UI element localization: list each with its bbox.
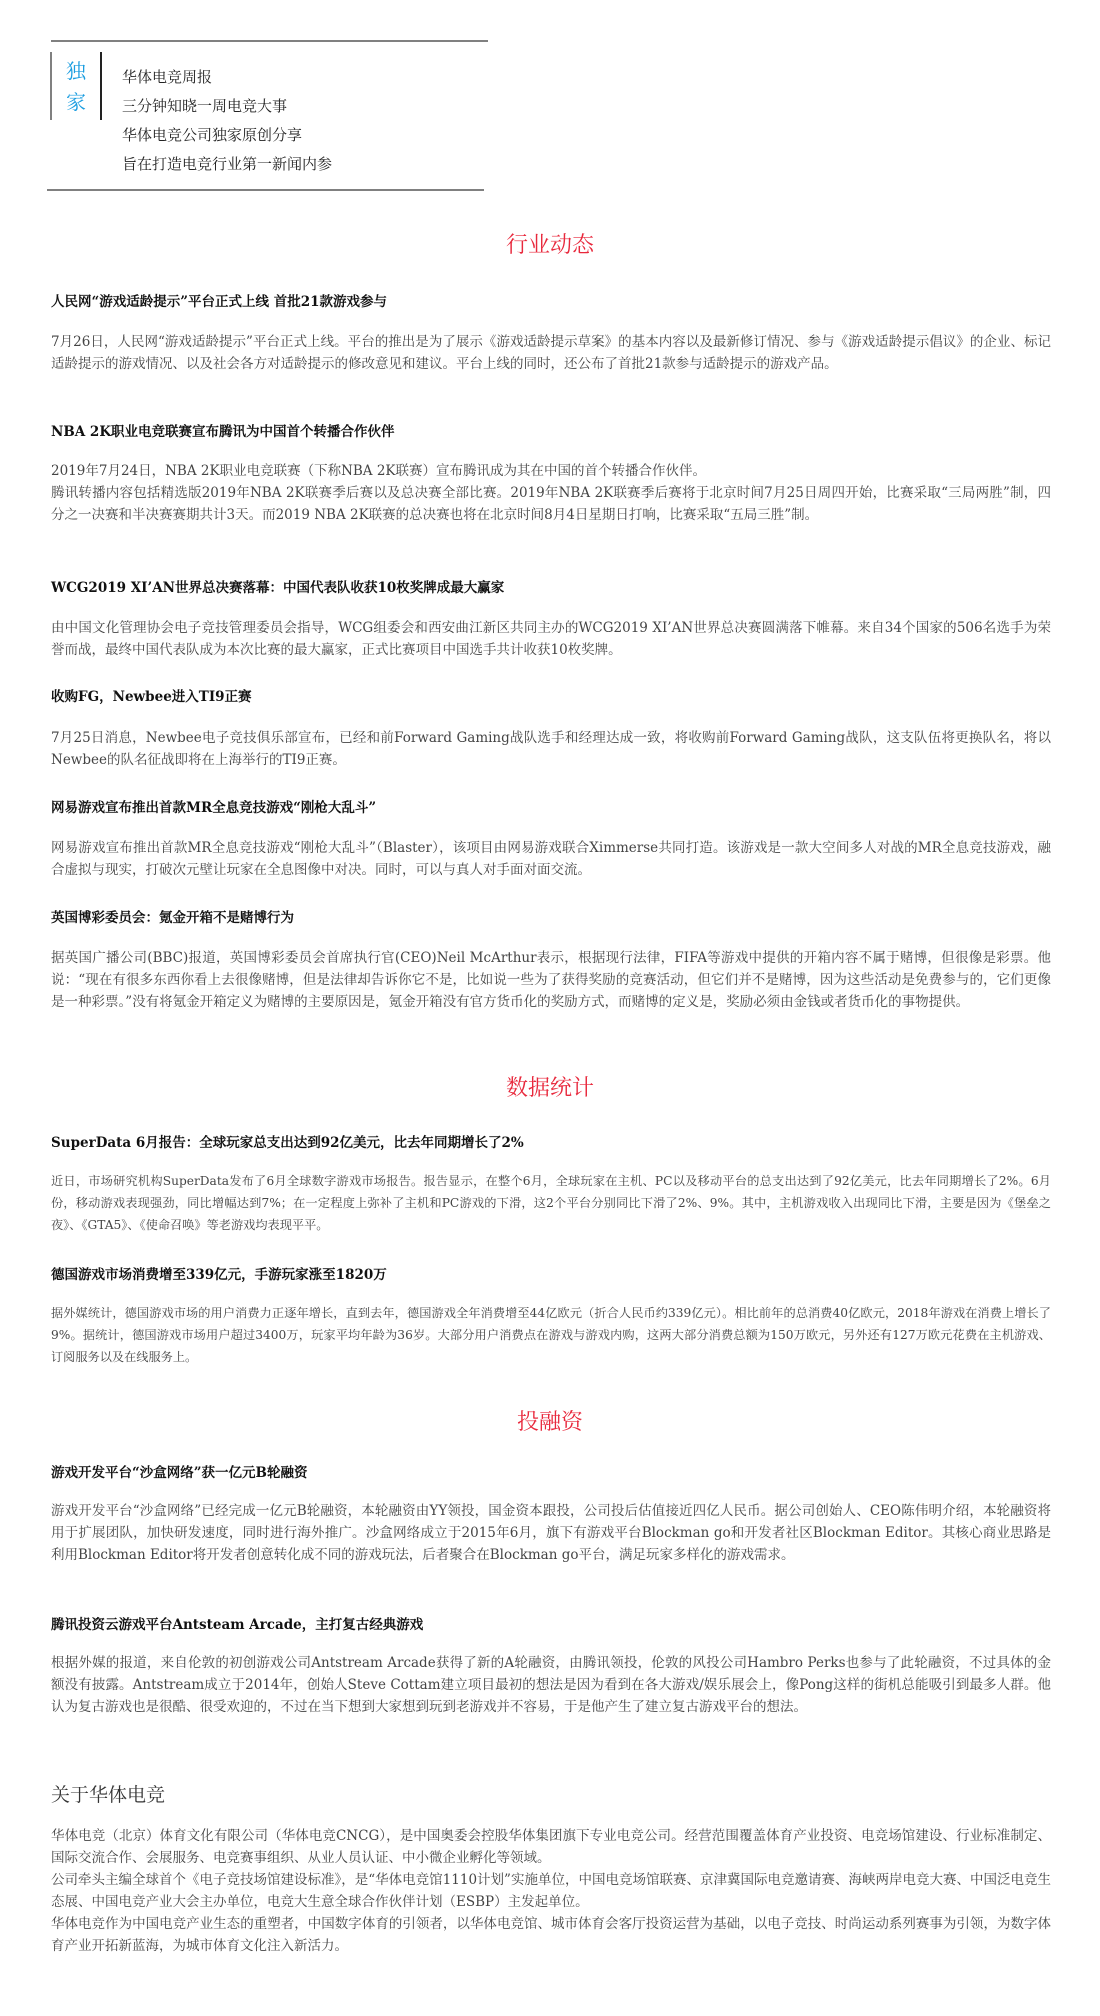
article-body: 7月26日，人民网“游戏适龄提示”平台正式上线。平台的推出是为了展示《游戏适龄提… xyxy=(51,331,1051,375)
about-title: 关于华体电竞 xyxy=(51,1780,165,1807)
header-left-bar xyxy=(50,52,52,120)
article-title: SuperData 6月报告：全球玩家总支出达到92亿美元，比去年同期增长了2% xyxy=(51,1131,1051,1151)
article-title: 德国游戏市场消费增至339亿元，手游玩家涨至1820万 xyxy=(51,1263,1051,1283)
article-paragraph: 据英国广播公司(BBC)报道，英国博彩委员会首席执行官(CEO)Neil McA… xyxy=(51,947,1051,1013)
section-title-investment: 投融资 xyxy=(0,1405,1100,1436)
header-line: 华体电竞公司独家原创分享 xyxy=(122,121,332,150)
about-paragraph: 华体电竞作为中国电竞产业生态的重塑者，中国数字体育的引领者，以华体电竞馆、城市体… xyxy=(51,1913,1051,1957)
article-body: 根据外媒的报道，来自伦敦的初创游戏公司Antstream Arcade获得了新的… xyxy=(51,1652,1051,1718)
article-paragraph: 近日，市场研究机构SuperData发布了6月全球数字游戏市场报告。报告显示，在… xyxy=(51,1170,1051,1236)
article-title: 游戏开发平台“沙盒网络”获一亿元B轮融资 xyxy=(51,1461,1051,1481)
article-paragraph: 根据外媒的报道，来自伦敦的初创游戏公司Antstream Arcade获得了新的… xyxy=(51,1652,1051,1718)
article-body: 由中国文化管理协会电子竞技管理委员会指导，WCG组委会和西安曲江新区共同主办的W… xyxy=(51,617,1051,661)
about-body: 华体电竞（北京）体育文化有限公司（华体电竞CNCG），是中国奥委会控股华体集团旗… xyxy=(51,1825,1051,1957)
exclusive-tag: 独 家 xyxy=(66,56,90,118)
about-paragraph: 华体电竞（北京）体育文化有限公司（华体电竞CNCG），是中国奥委会控股华体集团旗… xyxy=(51,1825,1051,1869)
exclusive-tag-char: 独 xyxy=(66,56,90,87)
article-paragraph: 2019年7月24日，NBA 2K职业电竞联赛（下称NBA 2K联赛）宣布腾讯成… xyxy=(51,460,1051,482)
article-title: 收购FG，Newbee进入TI9正赛 xyxy=(51,685,1051,705)
article-body: 近日，市场研究机构SuperData发布了6月全球数字游戏市场报告。报告显示，在… xyxy=(51,1170,1051,1236)
article-title: 网易游戏宣布推出首款MR全息竞技游戏“刚枪大乱斗” xyxy=(51,796,1051,816)
article-body: 网易游戏宣布推出首款MR全息竞技游戏“刚枪大乱斗”（Blaster），该项目由网… xyxy=(51,837,1051,881)
header-bottom-rule xyxy=(47,189,484,191)
exclusive-tag-char: 家 xyxy=(66,87,90,118)
section-title-industry: 行业动态 xyxy=(0,228,1100,259)
article-paragraph: 网易游戏宣布推出首款MR全息竞技游戏“刚枪大乱斗”（Blaster），该项目由网… xyxy=(51,837,1051,881)
header-top-rule xyxy=(51,40,488,42)
article-title: NBA 2K职业电竞联赛宣布腾讯为中国首个转播合作伙伴 xyxy=(51,420,1051,440)
article-body: 游戏开发平台“沙盒网络”已经完成一亿元B轮融资，本轮融资由YY领投，国金资本跟投… xyxy=(51,1500,1051,1566)
article-body: 近日，市场研究机构SuperData发布了6月全球数字游戏市场报告。报告显示，在… xyxy=(51,1302,1051,1368)
article-title: 英国博彩委员会：氪金开箱不是赌博行为 xyxy=(51,906,1051,926)
article-paragraph: 7月26日，人民网“游戏适龄提示”平台正式上线。平台的推出是为了展示《游戏适龄提… xyxy=(51,331,1051,375)
article-paragraph: 腾讯转播内容包括精选版2019年NBA 2K联赛季后赛以及总决赛全部比赛。201… xyxy=(51,482,1051,526)
article-title: 人民网“游戏适龄提示”平台正式上线 首批21款游戏参与 xyxy=(51,290,1051,310)
about-paragraph: 公司牵头主编全球首个《电子竞技场馆建设标准》，是“华体电竞馆1110计划”实施单… xyxy=(51,1869,1051,1913)
article-paragraph: 据外媒统计，德国游戏市场的用户消费力正逐年增长，直到去年，德国游戏全年消费增至4… xyxy=(51,1302,1051,1368)
article-paragraph: 由中国文化管理协会电子竞技管理委员会指导，WCG组委会和西安曲江新区共同主办的W… xyxy=(51,617,1051,661)
header-line: 旨在打造电竞行业第一新闻内参 xyxy=(122,150,332,179)
article-title: WCG2019 XI’AN世界总决赛落幕：中国代表队收获10枚奖牌成最大赢家 xyxy=(51,576,1051,596)
article-body: 2019年7月24日，NBA 2K职业电竞联赛（下称NBA 2K联赛）宣布腾讯成… xyxy=(51,460,1051,526)
article-body: 据英国广播公司(BBC)报道，英国博彩委员会首席执行官(CEO)Neil McA… xyxy=(51,947,1051,1013)
article-body: 7月25日消息，Newbee电子竞技俱乐部宣布，已经和前Forward Gami… xyxy=(51,727,1051,771)
header-line: 华体电竞周报 xyxy=(122,63,332,92)
article-paragraph: 游戏开发平台“沙盒网络”已经完成一亿元B轮融资，本轮融资由YY领投，国金资本跟投… xyxy=(51,1500,1051,1566)
article-paragraph: 7月25日消息，Newbee电子竞技俱乐部宣布，已经和前Forward Gami… xyxy=(51,727,1051,771)
header-tagline: 华体电竞周报 三分钟知晓一周电竞大事 华体电竞公司独家原创分享 旨在打造电竞行业… xyxy=(122,63,332,179)
header-divider xyxy=(100,52,102,120)
header-line: 三分钟知晓一周电竞大事 xyxy=(122,92,332,121)
article-title: 腾讯投资云游戏平台Antsteam Arcade，主打复古经典游戏 xyxy=(51,1613,1051,1633)
section-title-data: 数据统计 xyxy=(0,1071,1100,1102)
